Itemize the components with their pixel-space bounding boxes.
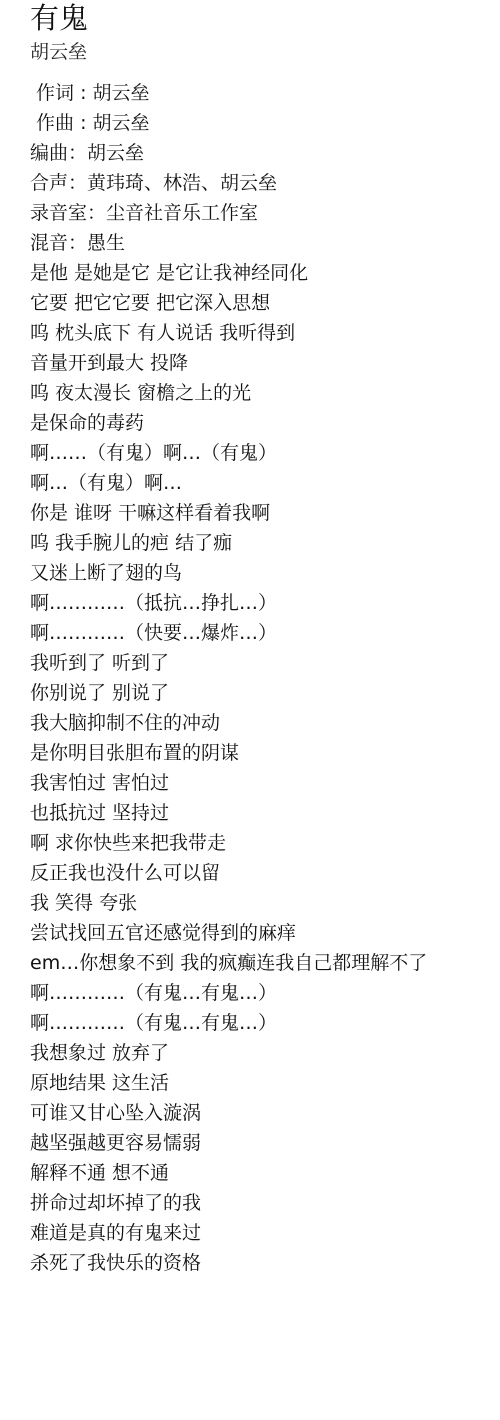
lyric-line: 越坚强越更容易懦弱 bbox=[30, 1128, 427, 1158]
lyric-line: 音量开到最大 投降 bbox=[30, 348, 427, 378]
lyric-line: 是你明目张胆布置的阴谋 bbox=[30, 738, 427, 768]
lyric-line: 啊…………（有鬼…有鬼…） bbox=[30, 1008, 427, 1038]
lyric-line: 你是 谁呀 干嘛这样看着我啊 bbox=[30, 498, 427, 528]
lyric-line: 啊 求你快些来把我带走 bbox=[30, 828, 427, 858]
lyric-line: 原地结果 这生活 bbox=[30, 1068, 427, 1098]
credit-lyricist: 作词 : 胡云垒 bbox=[30, 78, 427, 108]
lyric-line: 杀死了我快乐的资格 bbox=[30, 1248, 427, 1278]
lyric-line: 可谁又甘心坠入漩涡 bbox=[30, 1098, 427, 1128]
song-title: 有鬼 bbox=[30, 0, 88, 36]
lyric-line: 反正我也没什么可以留 bbox=[30, 858, 427, 888]
lyric-line: 是保命的毒药 bbox=[30, 408, 427, 438]
lyric-line: 拼命过却坏掉了的我 bbox=[30, 1188, 427, 1218]
lyric-line: 我想象过 放弃了 bbox=[30, 1038, 427, 1068]
lyrics-list: 作词 : 胡云垒 作曲 : 胡云垒 编曲：胡云垒 合声：黄玮琦、林浩、胡云垒 录… bbox=[30, 78, 427, 1278]
lyric-line: 呜 我手腕儿的疤 结了痂 bbox=[30, 528, 427, 558]
lyric-line: 呜 夜太漫长 窗檐之上的光 bbox=[30, 378, 427, 408]
lyric-line: 你别说了 别说了 bbox=[30, 678, 427, 708]
lyric-line: 啊…………（抵抗…挣扎…） bbox=[30, 588, 427, 618]
credit-composer: 作曲 : 胡云垒 bbox=[30, 108, 427, 138]
lyric-line: 又迷上断了翅的鸟 bbox=[30, 558, 427, 588]
lyric-line: 啊……（有鬼）啊…（有鬼） bbox=[30, 438, 427, 468]
lyric-line: 啊…（有鬼）啊… bbox=[30, 468, 427, 498]
credit-mixing: 混音：愚生 bbox=[30, 228, 427, 258]
credit-studio: 录音室：尘音社音乐工作室 bbox=[30, 198, 427, 228]
lyric-line: 是他 是她是它 是它让我神经同化 bbox=[30, 258, 427, 288]
lyric-line: 我大脑抑制不住的冲动 bbox=[30, 708, 427, 738]
lyric-line: 解释不通 想不通 bbox=[30, 1158, 427, 1188]
lyric-line: 啊…………（快要…爆炸…） bbox=[30, 618, 427, 648]
lyric-line: 尝试找回五官还感觉得到的麻痒 bbox=[30, 918, 427, 948]
song-artist: 胡云垒 bbox=[30, 38, 87, 66]
lyric-line: 我 笑得 夸张 bbox=[30, 888, 427, 918]
lyric-line: 它要 把它它要 把它深入思想 bbox=[30, 288, 427, 318]
lyric-line: 我害怕过 害怕过 bbox=[30, 768, 427, 798]
lyric-line: 也抵抗过 坚持过 bbox=[30, 798, 427, 828]
credit-arranger: 编曲：胡云垒 bbox=[30, 138, 427, 168]
lyric-line: em…你想象不到 我的疯癫连我自己都理解不了 bbox=[30, 948, 427, 978]
lyric-line: 难道是真的有鬼来过 bbox=[30, 1218, 427, 1248]
lyric-line: 啊…………（有鬼…有鬼…） bbox=[30, 978, 427, 1008]
credit-backing-vocals: 合声：黄玮琦、林浩、胡云垒 bbox=[30, 168, 427, 198]
lyric-line: 呜 枕头底下 有人说话 我听得到 bbox=[30, 318, 427, 348]
lyric-line: 我听到了 听到了 bbox=[30, 648, 427, 678]
